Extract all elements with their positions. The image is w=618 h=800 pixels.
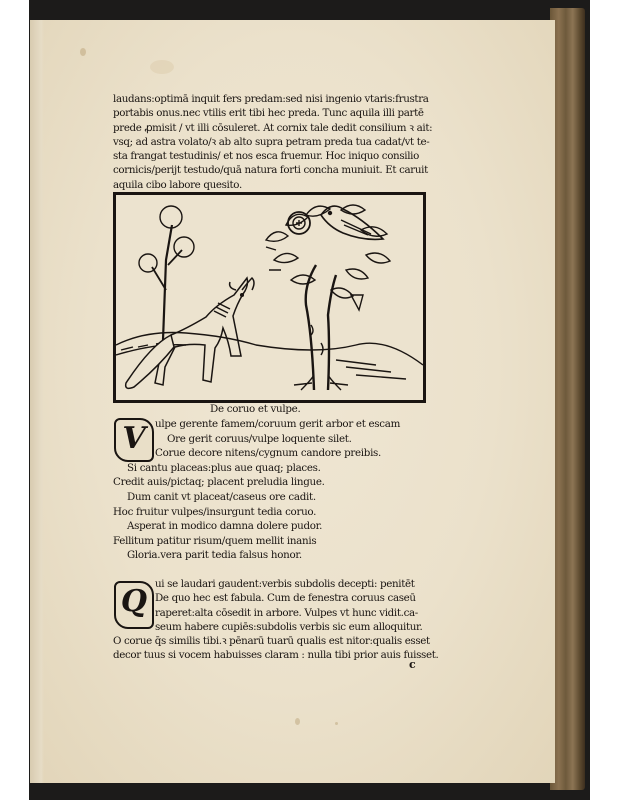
prose-line: raperet:alta cōsedit in arbore. Vulpes v… — [113, 606, 438, 620]
small-tree-canopy — [160, 206, 182, 228]
fox-and-crow-woodcut — [116, 195, 423, 400]
foxing-stain — [80, 48, 86, 56]
text-line: aquila cibo labore quesito. — [113, 178, 431, 192]
prose-line: seum habere cupiēs:subdolis verbis sic e… — [113, 620, 438, 634]
text-line: vsq; ad astra volato/ꝛ ab alto supra pet… — [113, 135, 431, 149]
verse-line: Hoc fruitur vulpes/insurgunt tedia coruo… — [113, 505, 400, 520]
fox-tail — [126, 335, 174, 388]
crow — [321, 206, 383, 239]
text-line: portabis onus.nec vtilis erit tibi hec p… — [113, 106, 431, 120]
foxing-stain — [295, 718, 300, 725]
text-line: laudans:optimā inquit fers predam:sed ni… — [113, 92, 431, 106]
verse-line: Corue decore nitens/cygnum candore preib… — [113, 446, 400, 461]
page-gutter-shadow — [30, 20, 44, 783]
verse-line: ulpe gerente famem/coruum gerit arbor et… — [113, 417, 400, 432]
verse-line: Asperat in modico damna dolere pudor. — [113, 519, 400, 534]
cheese — [288, 212, 310, 234]
verse-block: ulpe gerente famem/coruum gerit arbor et… — [113, 417, 400, 563]
verse-line: Ore gerit coruus/vulpe loquente silet. — [113, 432, 400, 447]
prose-line: De quo hec est fabula. Cum de fenestra c… — [113, 591, 438, 605]
text-line: cornicis/perijt testudo/quā natura forti… — [113, 163, 431, 177]
prose-line: ui se laudari gaudent:verbis subdolis de… — [113, 577, 438, 591]
fable-title: De coruo et vulpe. — [210, 403, 300, 415]
foxing-stain — [335, 722, 338, 725]
prose-line: O corue q̄s similis tibi.ꝛ pēnarū tuarū … — [113, 634, 438, 648]
page-edges — [550, 8, 585, 790]
verse-line: Dum canit vt placeat/caseus ore cadit. — [113, 490, 400, 505]
woodcut-illustration — [113, 192, 426, 403]
text-line: prede ꝓmisit / vt illi cōsuleret. At cor… — [113, 121, 431, 135]
upper-text-block: laudans:optimā inquit fers predam:sed ni… — [113, 92, 431, 192]
tree-foliage — [266, 205, 390, 310]
water-stain — [150, 60, 174, 74]
verse-line: Gloria.vera parit tedia falsus honor. — [113, 548, 400, 563]
verse-line: Credit auis/pictaq; placent preludia lin… — [113, 475, 400, 490]
prose-block: ui se laudari gaudent:verbis subdolis de… — [113, 577, 438, 663]
verse-line: Si cantu placeas:plus aue quaq; places. — [113, 461, 400, 476]
prose-line: decor tuus si vocem habuisses claram : n… — [113, 648, 438, 662]
text-line: sta frangat testudinis/ et nos esca frue… — [113, 149, 431, 163]
signature-mark: c — [409, 658, 416, 671]
verse-line: Fellitum patitur risum/quem mellit inani… — [113, 534, 400, 549]
